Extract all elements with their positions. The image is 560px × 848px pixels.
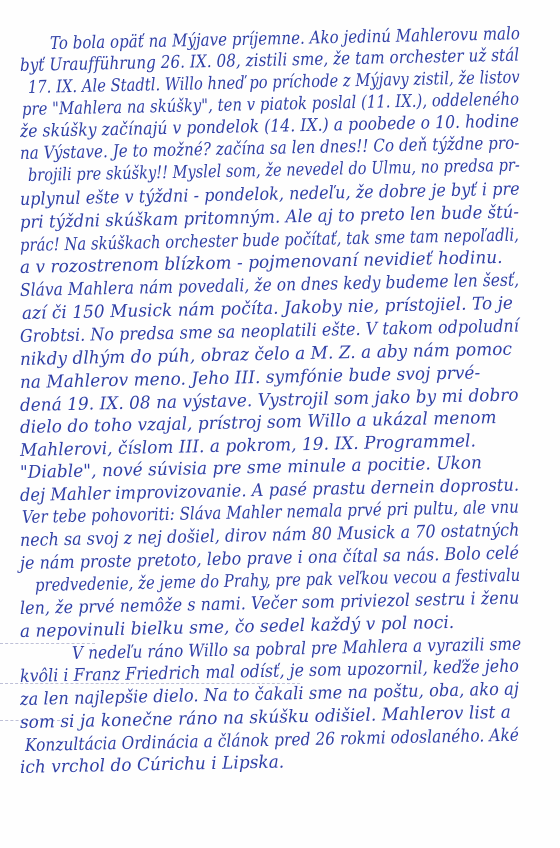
text-line: Konzultácia Ordinácia a článok pred 26 r… (25, 728, 519, 756)
letter-page: To bola opäť na Mýjave príjemne. Ako jed… (0, 0, 560, 848)
text-line: ich vrchol do Cúrichu i Lipska. (20, 754, 285, 777)
